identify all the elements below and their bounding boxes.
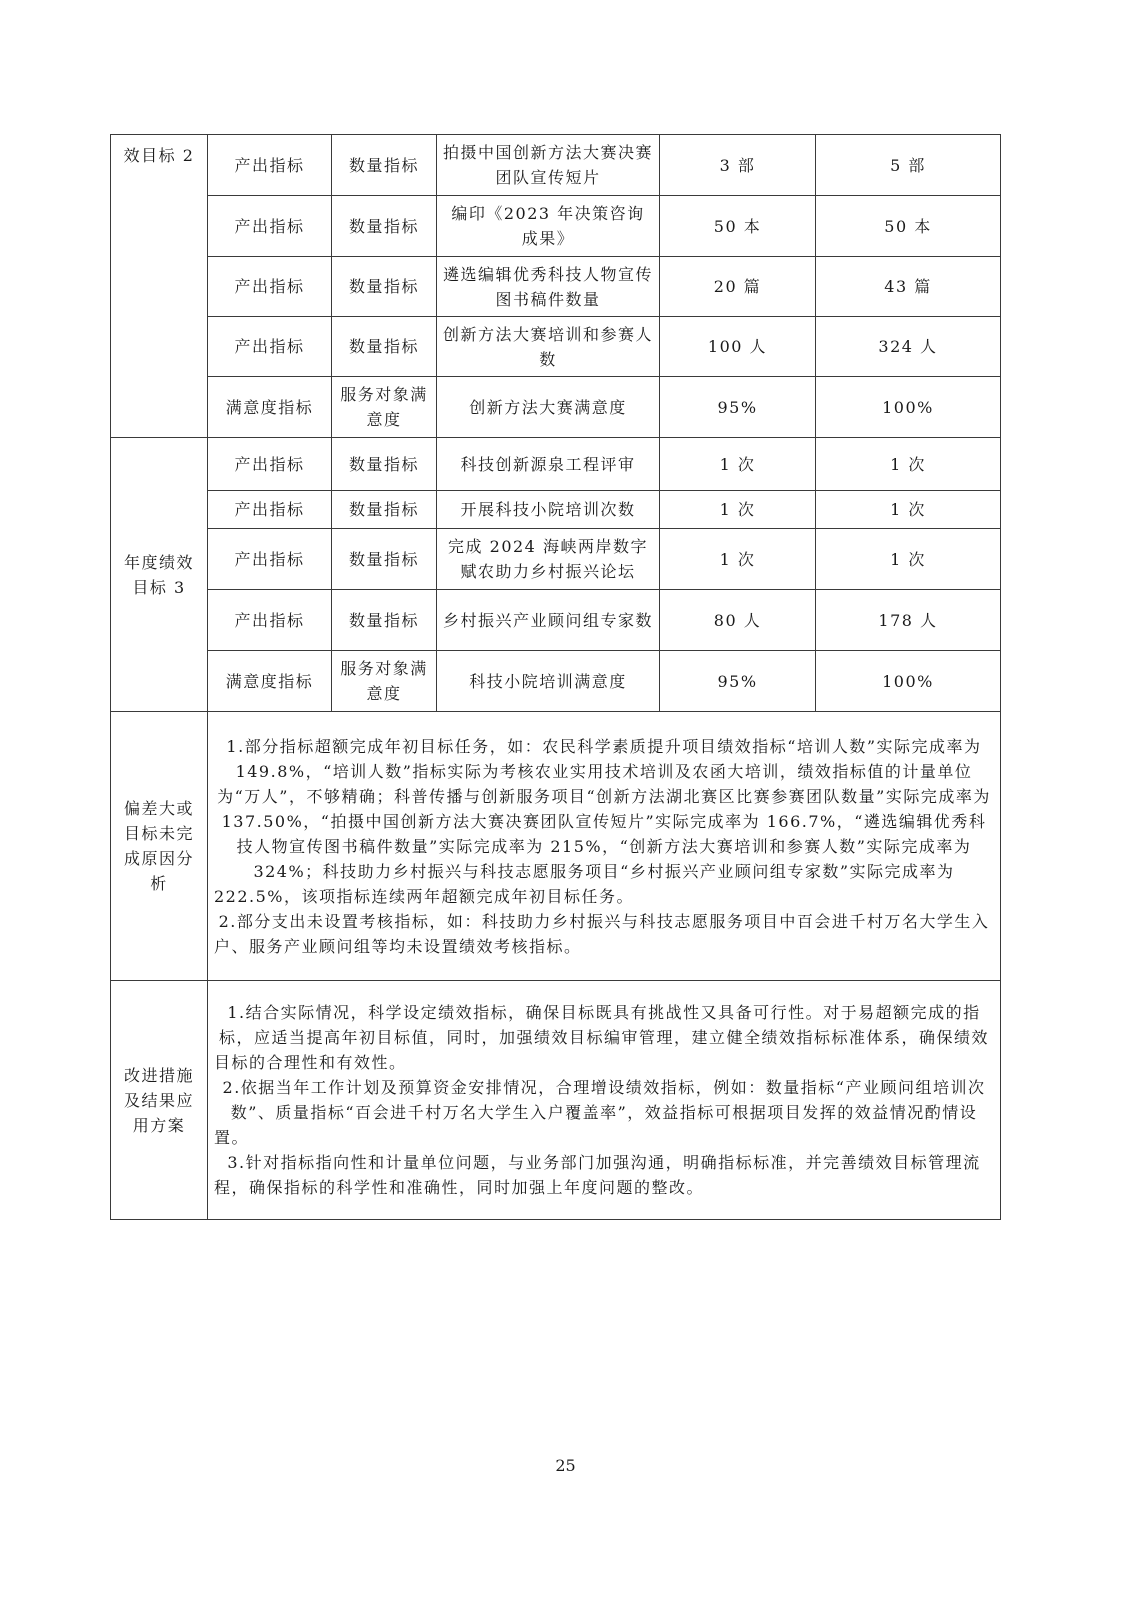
improvement-paragraph-3: 3.针对指标指向性和计量单位问题，与业务部门加强沟通，明确指标标准，并完善绩效目… xyxy=(214,1150,994,1200)
target-value: 95% xyxy=(660,651,816,712)
improvement-content: 1.结合实际情况，科学设定绩效指标，确保目标既具有挑战性又具备可行性。对于易超额… xyxy=(208,981,1001,1220)
deviation-label: 偏差大或目标未完成原因分析 xyxy=(111,712,208,981)
indicator-name: 创新方法大赛满意度 xyxy=(437,377,660,438)
deviation-content: 1.部分指标超额完成年初目标任务，如：农民科学素质提升项目绩效指标“培训人数”实… xyxy=(208,712,1001,981)
performance-table: 效目标 2 产出指标 数量指标 拍摄中国创新方法大赛决赛团队宣传短片 3 部 5… xyxy=(110,134,1001,1220)
level2-indicator: 服务对象满意度 xyxy=(332,651,437,712)
indicator-name: 编印《2023 年决策咨询成果》 xyxy=(437,196,660,257)
indicator-name: 遴选编辑优秀科技人物宣传图书稿件数量 xyxy=(437,257,660,317)
table-row: 产出指标 数量指标 乡村振兴产业顾问组专家数 80 人 178 人 xyxy=(111,590,1001,651)
goal-label: 效目标 2 xyxy=(111,135,208,438)
table-row: 满意度指标 服务对象满意度 创新方法大赛满意度 95% 100% xyxy=(111,377,1001,438)
actual-value: 1 次 xyxy=(816,491,1001,529)
target-value: 80 人 xyxy=(660,590,816,651)
actual-value: 50 本 xyxy=(816,196,1001,257)
improvement-paragraph-2: 2.依据当年工作计划及预算资金安排情况，合理增设绩效指标，例如：数量指标“产业顾… xyxy=(214,1075,994,1150)
actual-value: 5 部 xyxy=(816,135,1001,196)
indicator-name: 创新方法大赛培训和参赛人数 xyxy=(437,317,660,377)
actual-value: 178 人 xyxy=(816,590,1001,651)
target-value: 1 次 xyxy=(660,491,816,529)
actual-value: 100% xyxy=(816,651,1001,712)
level1-indicator: 产出指标 xyxy=(208,438,332,491)
level2-indicator: 数量指标 xyxy=(332,196,437,257)
level1-indicator: 满意度指标 xyxy=(208,651,332,712)
level2-indicator: 数量指标 xyxy=(332,257,437,317)
indicator-name: 科技创新源泉工程评审 xyxy=(437,438,660,491)
level2-indicator: 数量指标 xyxy=(332,590,437,651)
level1-indicator: 产出指标 xyxy=(208,257,332,317)
actual-value: 324 人 xyxy=(816,317,1001,377)
level1-indicator: 产出指标 xyxy=(208,196,332,257)
target-value: 100 人 xyxy=(660,317,816,377)
table-row: 产出指标 数量指标 完成 2024 海峡两岸数字赋农助力乡村振兴论坛 1 次 1… xyxy=(111,529,1001,590)
level1-indicator: 满意度指标 xyxy=(208,377,332,438)
table-row: 产出指标 数量指标 遴选编辑优秀科技人物宣传图书稿件数量 20 篇 43 篇 xyxy=(111,257,1001,317)
level2-indicator: 数量指标 xyxy=(332,438,437,491)
level1-indicator: 产出指标 xyxy=(208,491,332,529)
document-page: 效目标 2 产出指标 数量指标 拍摄中国创新方法大赛决赛团队宣传短片 3 部 5… xyxy=(0,0,1131,1600)
table-row: 年度绩效目标 3 产出指标 数量指标 科技创新源泉工程评审 1 次 1 次 xyxy=(111,438,1001,491)
level2-indicator: 数量指标 xyxy=(332,135,437,196)
actual-value: 100% xyxy=(816,377,1001,438)
actual-value: 1 次 xyxy=(816,529,1001,590)
improvement-label: 改进措施及结果应用方案 xyxy=(111,981,208,1220)
actual-value: 1 次 xyxy=(816,438,1001,491)
page-number: 25 xyxy=(0,1456,1131,1475)
indicator-name: 开展科技小院培训次数 xyxy=(437,491,660,529)
goal-label: 年度绩效目标 3 xyxy=(111,438,208,712)
level2-indicator: 数量指标 xyxy=(332,491,437,529)
deviation-paragraph-1: 1.部分指标超额完成年初目标任务，如：农民科学素质提升项目绩效指标“培训人数”实… xyxy=(214,734,994,909)
target-value: 20 篇 xyxy=(660,257,816,317)
level1-indicator: 产出指标 xyxy=(208,590,332,651)
target-value: 3 部 xyxy=(660,135,816,196)
deviation-paragraph-2: 2.部分支出未设置考核指标，如：科技助力乡村振兴与科技志愿服务项目中百会进千村万… xyxy=(214,909,994,959)
table-row: 产出指标 数量指标 创新方法大赛培训和参赛人数 100 人 324 人 xyxy=(111,317,1001,377)
improvement-plan-row: 改进措施及结果应用方案 1.结合实际情况，科学设定绩效指标，确保目标既具有挑战性… xyxy=(111,981,1001,1220)
actual-value: 43 篇 xyxy=(816,257,1001,317)
table-row: 产出指标 数量指标 编印《2023 年决策咨询成果》 50 本 50 本 xyxy=(111,196,1001,257)
level2-indicator: 服务对象满意度 xyxy=(332,377,437,438)
level1-indicator: 产出指标 xyxy=(208,135,332,196)
indicator-name: 科技小院培训满意度 xyxy=(437,651,660,712)
indicator-name: 完成 2024 海峡两岸数字赋农助力乡村振兴论坛 xyxy=(437,529,660,590)
target-value: 1 次 xyxy=(660,438,816,491)
improvement-paragraph-1: 1.结合实际情况，科学设定绩效指标，确保目标既具有挑战性又具备可行性。对于易超额… xyxy=(214,1000,994,1075)
deviation-analysis-row: 偏差大或目标未完成原因分析 1.部分指标超额完成年初目标任务，如：农民科学素质提… xyxy=(111,712,1001,981)
level2-indicator: 数量指标 xyxy=(332,529,437,590)
target-value: 95% xyxy=(660,377,816,438)
table-row: 效目标 2 产出指标 数量指标 拍摄中国创新方法大赛决赛团队宣传短片 3 部 5… xyxy=(111,135,1001,196)
level1-indicator: 产出指标 xyxy=(208,529,332,590)
table-row: 满意度指标 服务对象满意度 科技小院培训满意度 95% 100% xyxy=(111,651,1001,712)
indicator-name: 拍摄中国创新方法大赛决赛团队宣传短片 xyxy=(437,135,660,196)
indicator-name: 乡村振兴产业顾问组专家数 xyxy=(437,590,660,651)
table-row: 产出指标 数量指标 开展科技小院培训次数 1 次 1 次 xyxy=(111,491,1001,529)
target-value: 50 本 xyxy=(660,196,816,257)
target-value: 1 次 xyxy=(660,529,816,590)
level2-indicator: 数量指标 xyxy=(332,317,437,377)
level1-indicator: 产出指标 xyxy=(208,317,332,377)
